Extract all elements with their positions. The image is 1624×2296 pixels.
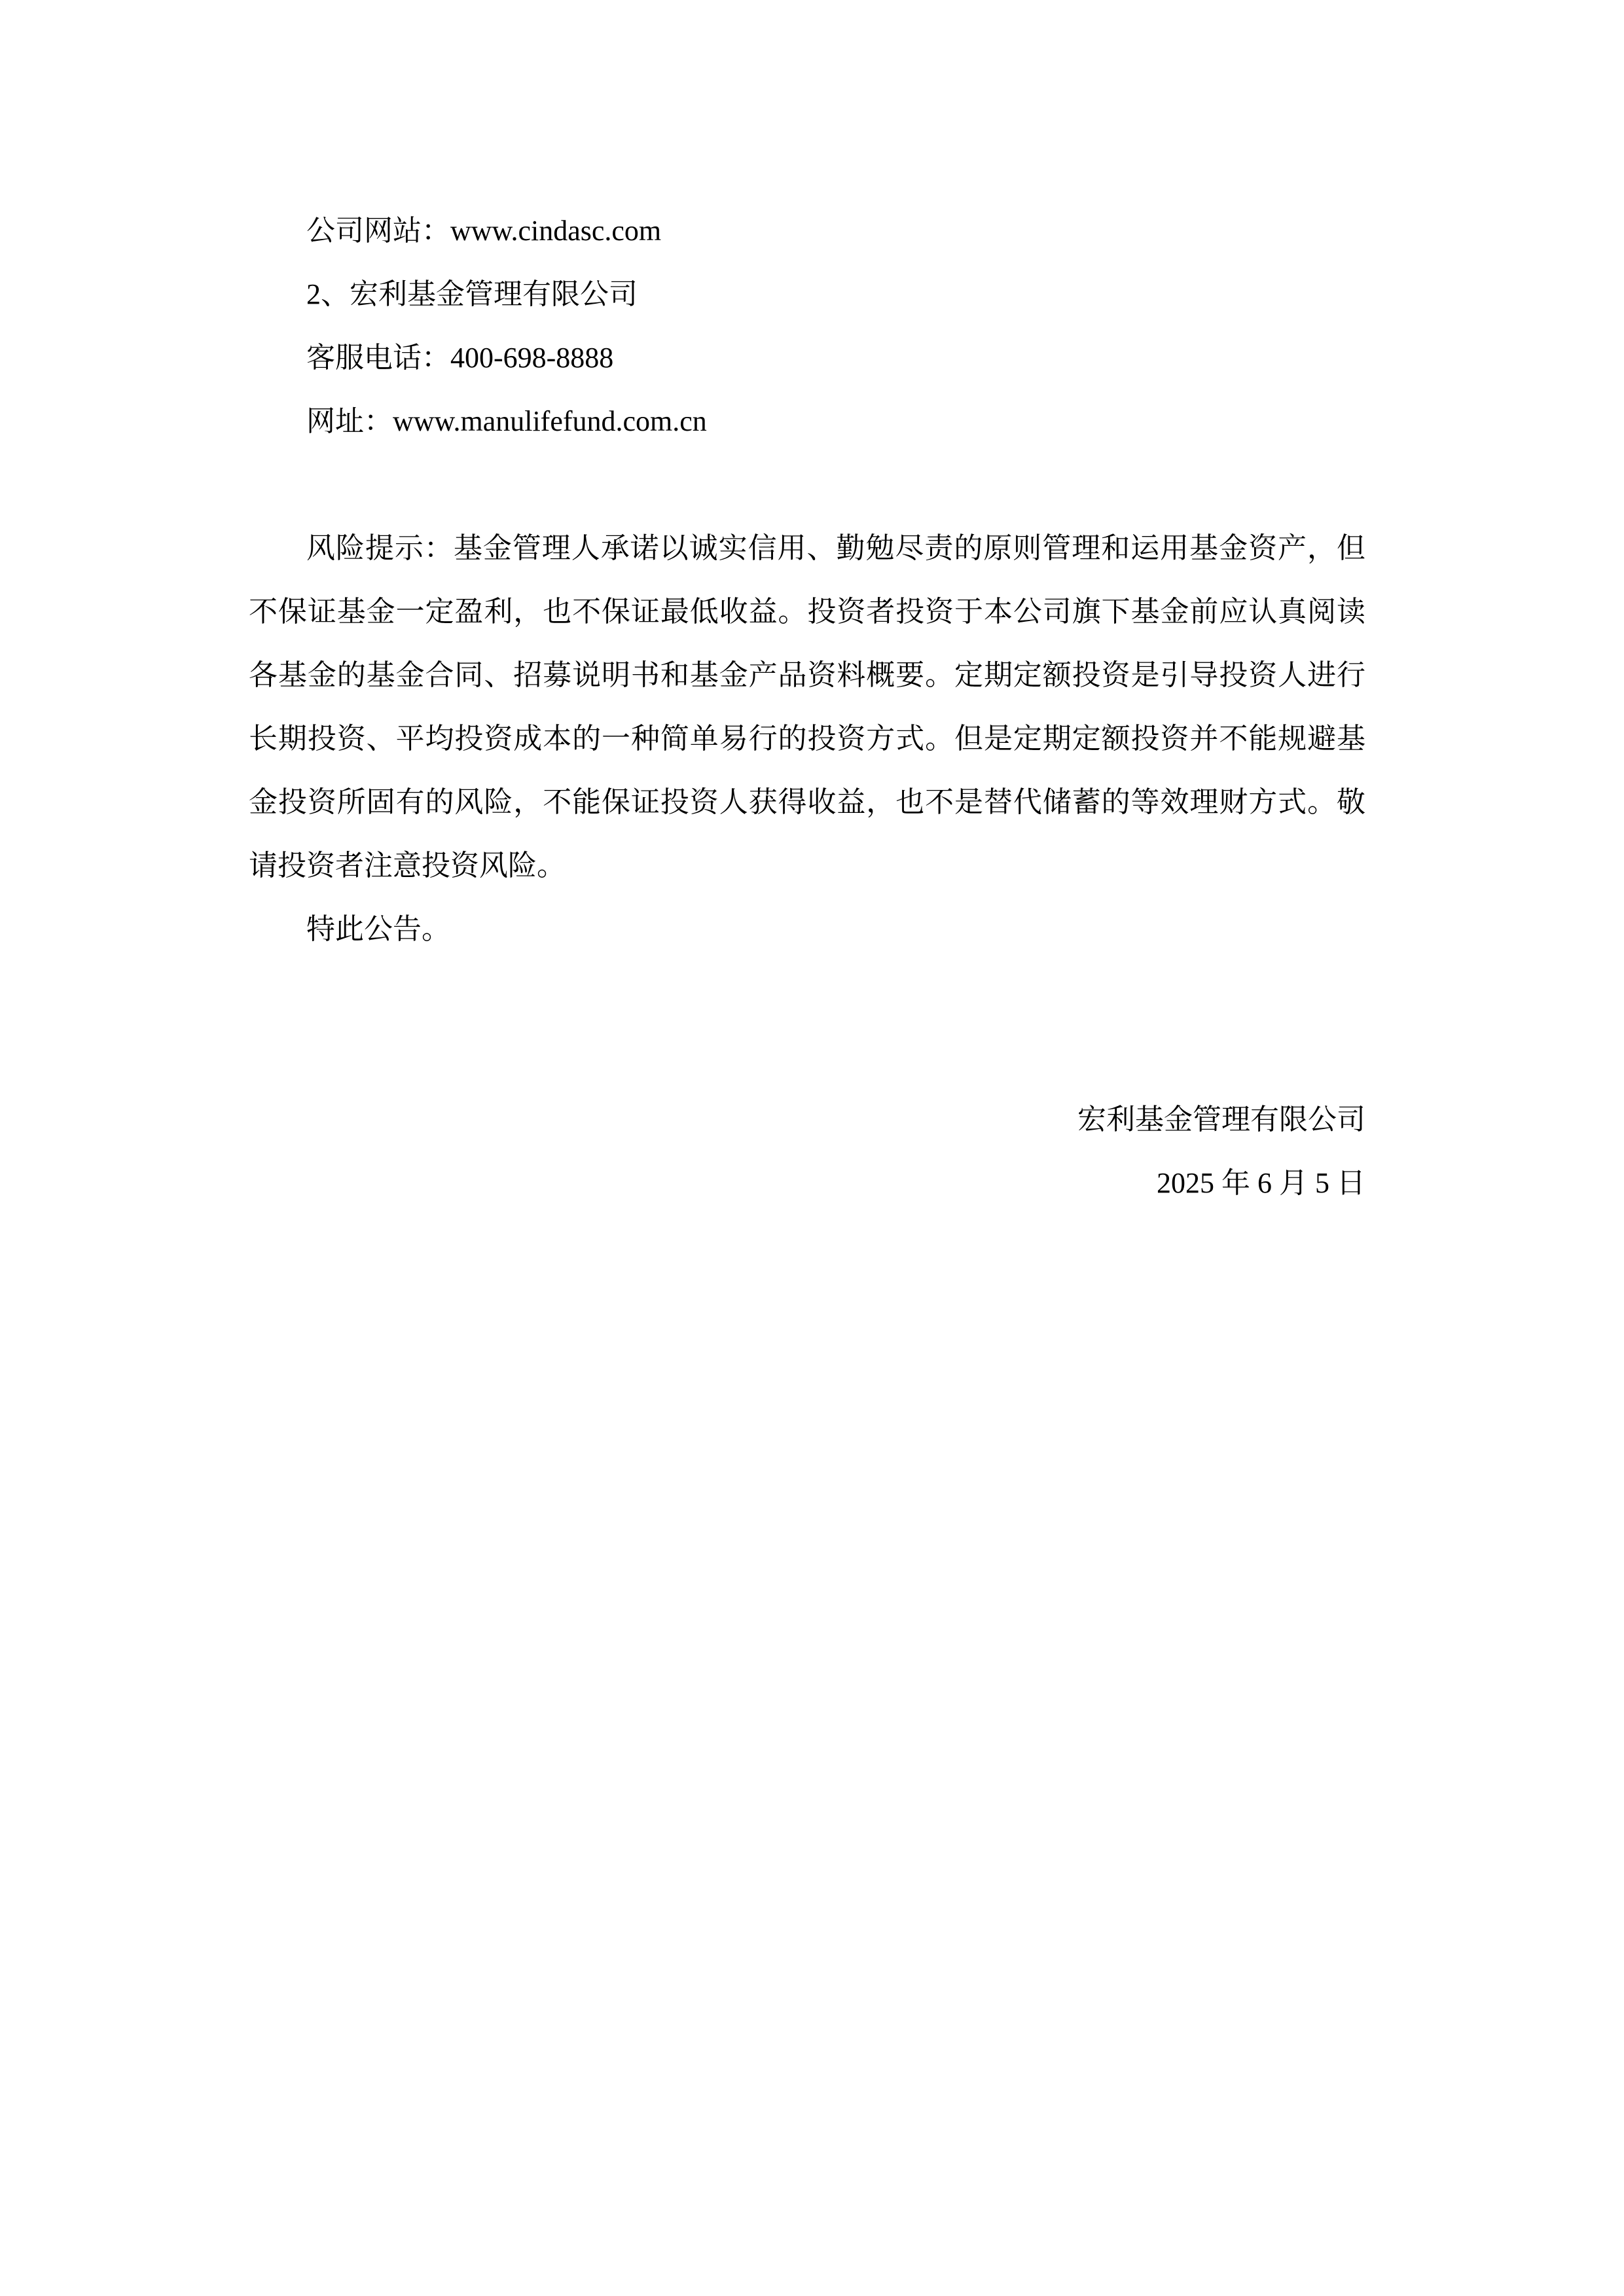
contact-line-website: 公司网站：www.cindasc.com — [249, 199, 1365, 262]
risk-disclosure-paragraph: 风险提示：基金管理人承诺以诚实信用、勤勉尽责的原则管理和运用基金资产，但不保证基… — [249, 516, 1365, 897]
closing-line: 特此公告。 — [249, 897, 1365, 961]
contact-line-url: 网址：www.manulifefund.com.cn — [249, 389, 1365, 453]
contact-line-company-item: 2、宏利基金管理有限公司 — [249, 262, 1365, 326]
signature-company: 宏利基金管理有限公司 — [249, 1088, 1365, 1151]
document-body: 公司网站：www.cindasc.com 2、宏利基金管理有限公司 客服电话：4… — [249, 199, 1365, 1215]
signature-date: 2025 年 6 月 5 日 — [249, 1151, 1365, 1215]
spacer-line — [249, 453, 1365, 516]
contact-line-phone: 客服电话：400-698-8888 — [249, 326, 1365, 389]
document-page: 公司网站：www.cindasc.com 2、宏利基金管理有限公司 客服电话：4… — [0, 0, 1624, 2296]
spacer-lines — [249, 961, 1365, 1088]
